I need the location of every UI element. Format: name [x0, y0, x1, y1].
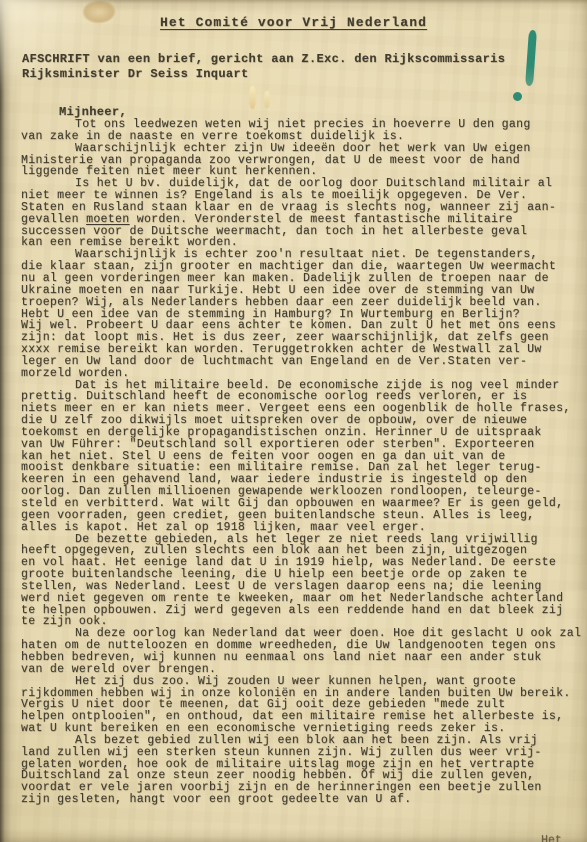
letter-line: morzeld worden.: [21, 368, 577, 380]
letter-line: gevallen moeten worden. Veronderstel de …: [21, 214, 577, 226]
letter-line: van Uw Führer: "Deutschland soll exporti…: [21, 439, 577, 451]
letter-line: werd niet gegeven om rente te kweeken, m…: [21, 593, 577, 605]
salutation: Mijnheer,: [59, 105, 127, 119]
wax-drip-mark: [264, 91, 270, 108]
letter-line: alles is kapot. Het zal op 1918 lijken, …: [21, 522, 577, 534]
letter-line: troepen? Wij, als Nederlanders hebben da…: [21, 297, 577, 309]
letter-line: van zake in de naaste en verre toekomst …: [21, 131, 577, 143]
letter-line: leger en Uw land door de luchtmacht van …: [21, 356, 577, 368]
letter-line: Als bezet gebied zullen wij een blok aan…: [21, 735, 577, 747]
letter-line: Waarschijnlijk echter zijn Uw ideeën doo…: [21, 143, 577, 155]
letter-line: zijn gesleten, hangt voor een groot gede…: [21, 794, 577, 806]
document-page: Het Comité voor Vrij Nederland AFSCHRIFT…: [0, 0, 587, 842]
handwritten-exclamation-dot: [513, 92, 522, 101]
afschrift-block: AFSCHRIFT van een brief, gericht aan Z.E…: [22, 52, 542, 82]
afschrift-line-1: AFSCHRIFT van een brief, gericht aan Z.E…: [22, 52, 542, 67]
letter-line: stellen, was Nederland. Leest U de versl…: [21, 581, 577, 593]
letter-line: land zullen wij een sterken steun kunnen…: [21, 747, 577, 759]
letter-line: Het zij dus zoo. Wij zouden U weer kunne…: [21, 676, 577, 688]
letter-line: van de wereld over brengen.: [21, 664, 577, 676]
letter-body: Tot ons leedwezen weten wij niet precies…: [21, 119, 577, 806]
wax-drip-mark: [249, 86, 256, 109]
afschrift-line-2: Rijksminister Dr Seiss Inquart: [22, 67, 542, 82]
letter-line: geen voorraden, geen crediet, geen buite…: [21, 510, 577, 522]
letter-line: toekomst en dergelijke propagandistische…: [21, 427, 577, 439]
catchword: Het: [541, 834, 562, 842]
letter-line: Ukraine moeten en naar Turkije. Hebt U e…: [21, 285, 577, 297]
